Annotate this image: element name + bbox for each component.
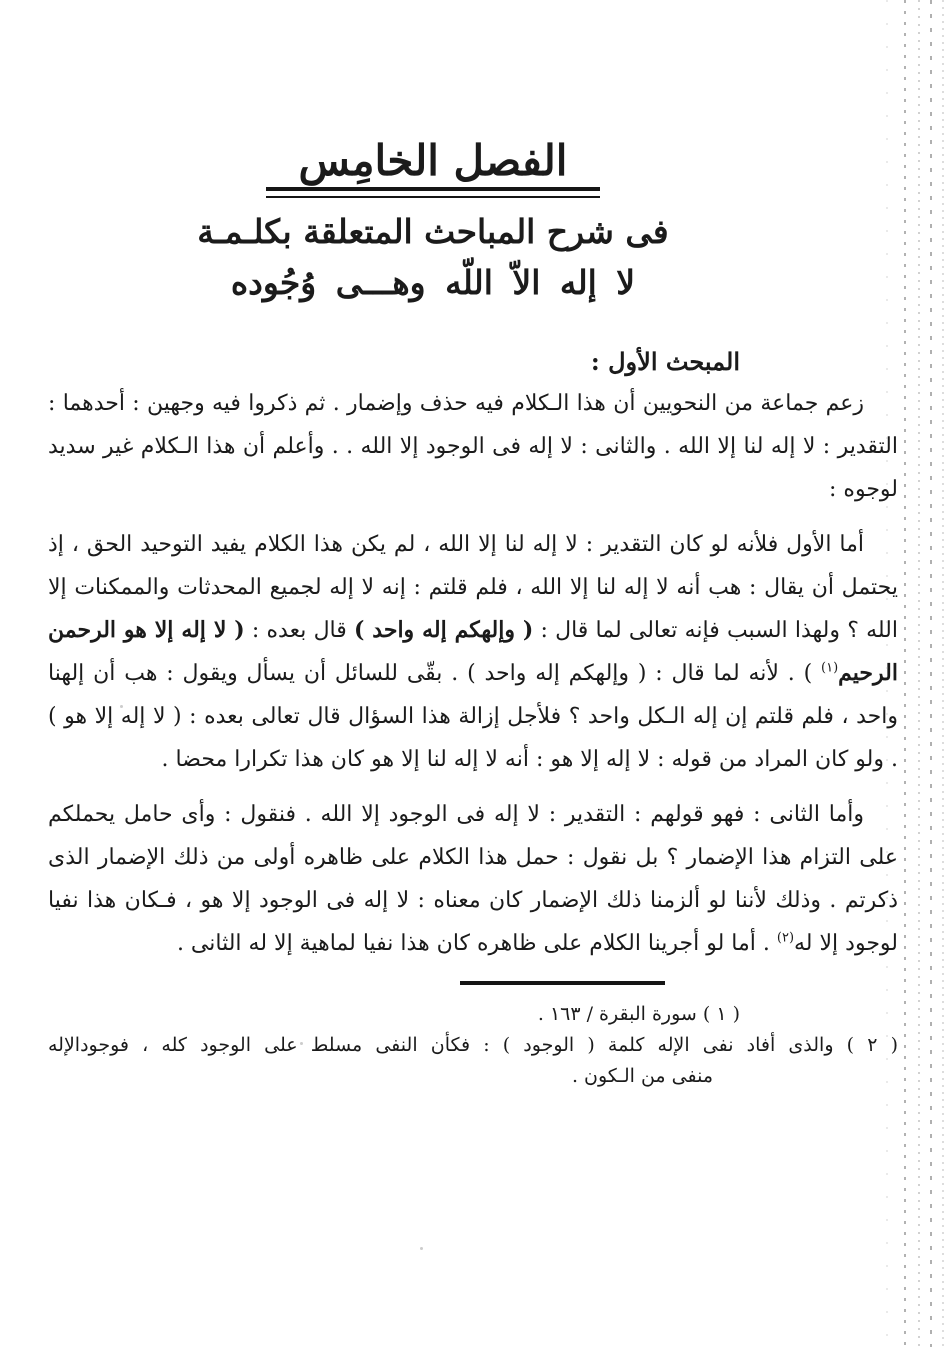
footnote-continuation: منفى من الـكون . [48, 1061, 713, 1092]
footnotes: ( ١ ) سورة البقرة / ١٦٣ .( ٢ ) والذى أفا… [48, 999, 898, 1092]
footnote-number: ( ١ ) [697, 1003, 740, 1025]
text-segment: قال بعده : [245, 618, 354, 643]
scanned-book-page: الفصل الخامِس فى شرح المباحث المتعلقة بك… [0, 0, 948, 1347]
text-segment: زعم جماعة من النحويين أن هذا الـكلام فيه… [48, 391, 898, 502]
page-content: الفصل الخامِس فى شرح المباحث المتعلقة بك… [0, 138, 948, 1092]
scan-speck [420, 1247, 423, 1250]
footnote-reference-marker: (١) [821, 661, 838, 676]
title-underline [266, 187, 600, 198]
chapter-title-row: الفصل الخامِس [8, 138, 858, 198]
chapter-title: الفصل الخامِس [299, 138, 568, 184]
footnote: ( ٢ ) والذى أفاد نفى الإله كلمة ( الوجود… [48, 1030, 898, 1061]
footnote-separator-rule [460, 981, 665, 985]
chapter-title-block: الفصل الخامِس فى شرح المباحث المتعلقة بك… [8, 138, 858, 305]
text-segment: . أما لو أجرينا الكلام على ظاهره كان هذا… [177, 931, 777, 956]
paragraph: زعم جماعة من النحويين أن هذا الـكلام فيه… [48, 382, 898, 511]
paragraph: أما الأول فلأنه لو كان التقدير : لا إله … [48, 523, 898, 781]
footnote-text: والذى أفاد نفى الإله كلمة ( الوجود ) : ف… [48, 1034, 834, 1056]
paragraph: وأما الثانى : فهو قولهم : التقدير : لا إ… [48, 793, 898, 965]
footnote: ( ١ ) سورة البقرة / ١٦٣ . [48, 999, 740, 1030]
chapter-subtitle-line2: لا إله الاّ اللّه وهـــى وُجُوده [8, 261, 858, 306]
body-text: زعم جماعة من النحويين أن هذا الـكلام فيه… [48, 382, 898, 965]
section-heading: المبحث الأول : [48, 347, 740, 376]
footnote-reference-marker: (٢) [777, 931, 794, 946]
footnote-text: سورة البقرة / ١٦٣ . [538, 1003, 697, 1025]
footnote-number: ( ٢ ) [834, 1034, 898, 1056]
text-segment: ) . لأنه لما قال : ( وإلهكم إله واحد ) .… [48, 661, 898, 772]
quran-quote-emphasis: ( وإلهكم إله واحد ) [354, 617, 533, 643]
chapter-subtitle-line1: فى شرح المباحث المتعلقة بكلـمـة [8, 210, 858, 255]
